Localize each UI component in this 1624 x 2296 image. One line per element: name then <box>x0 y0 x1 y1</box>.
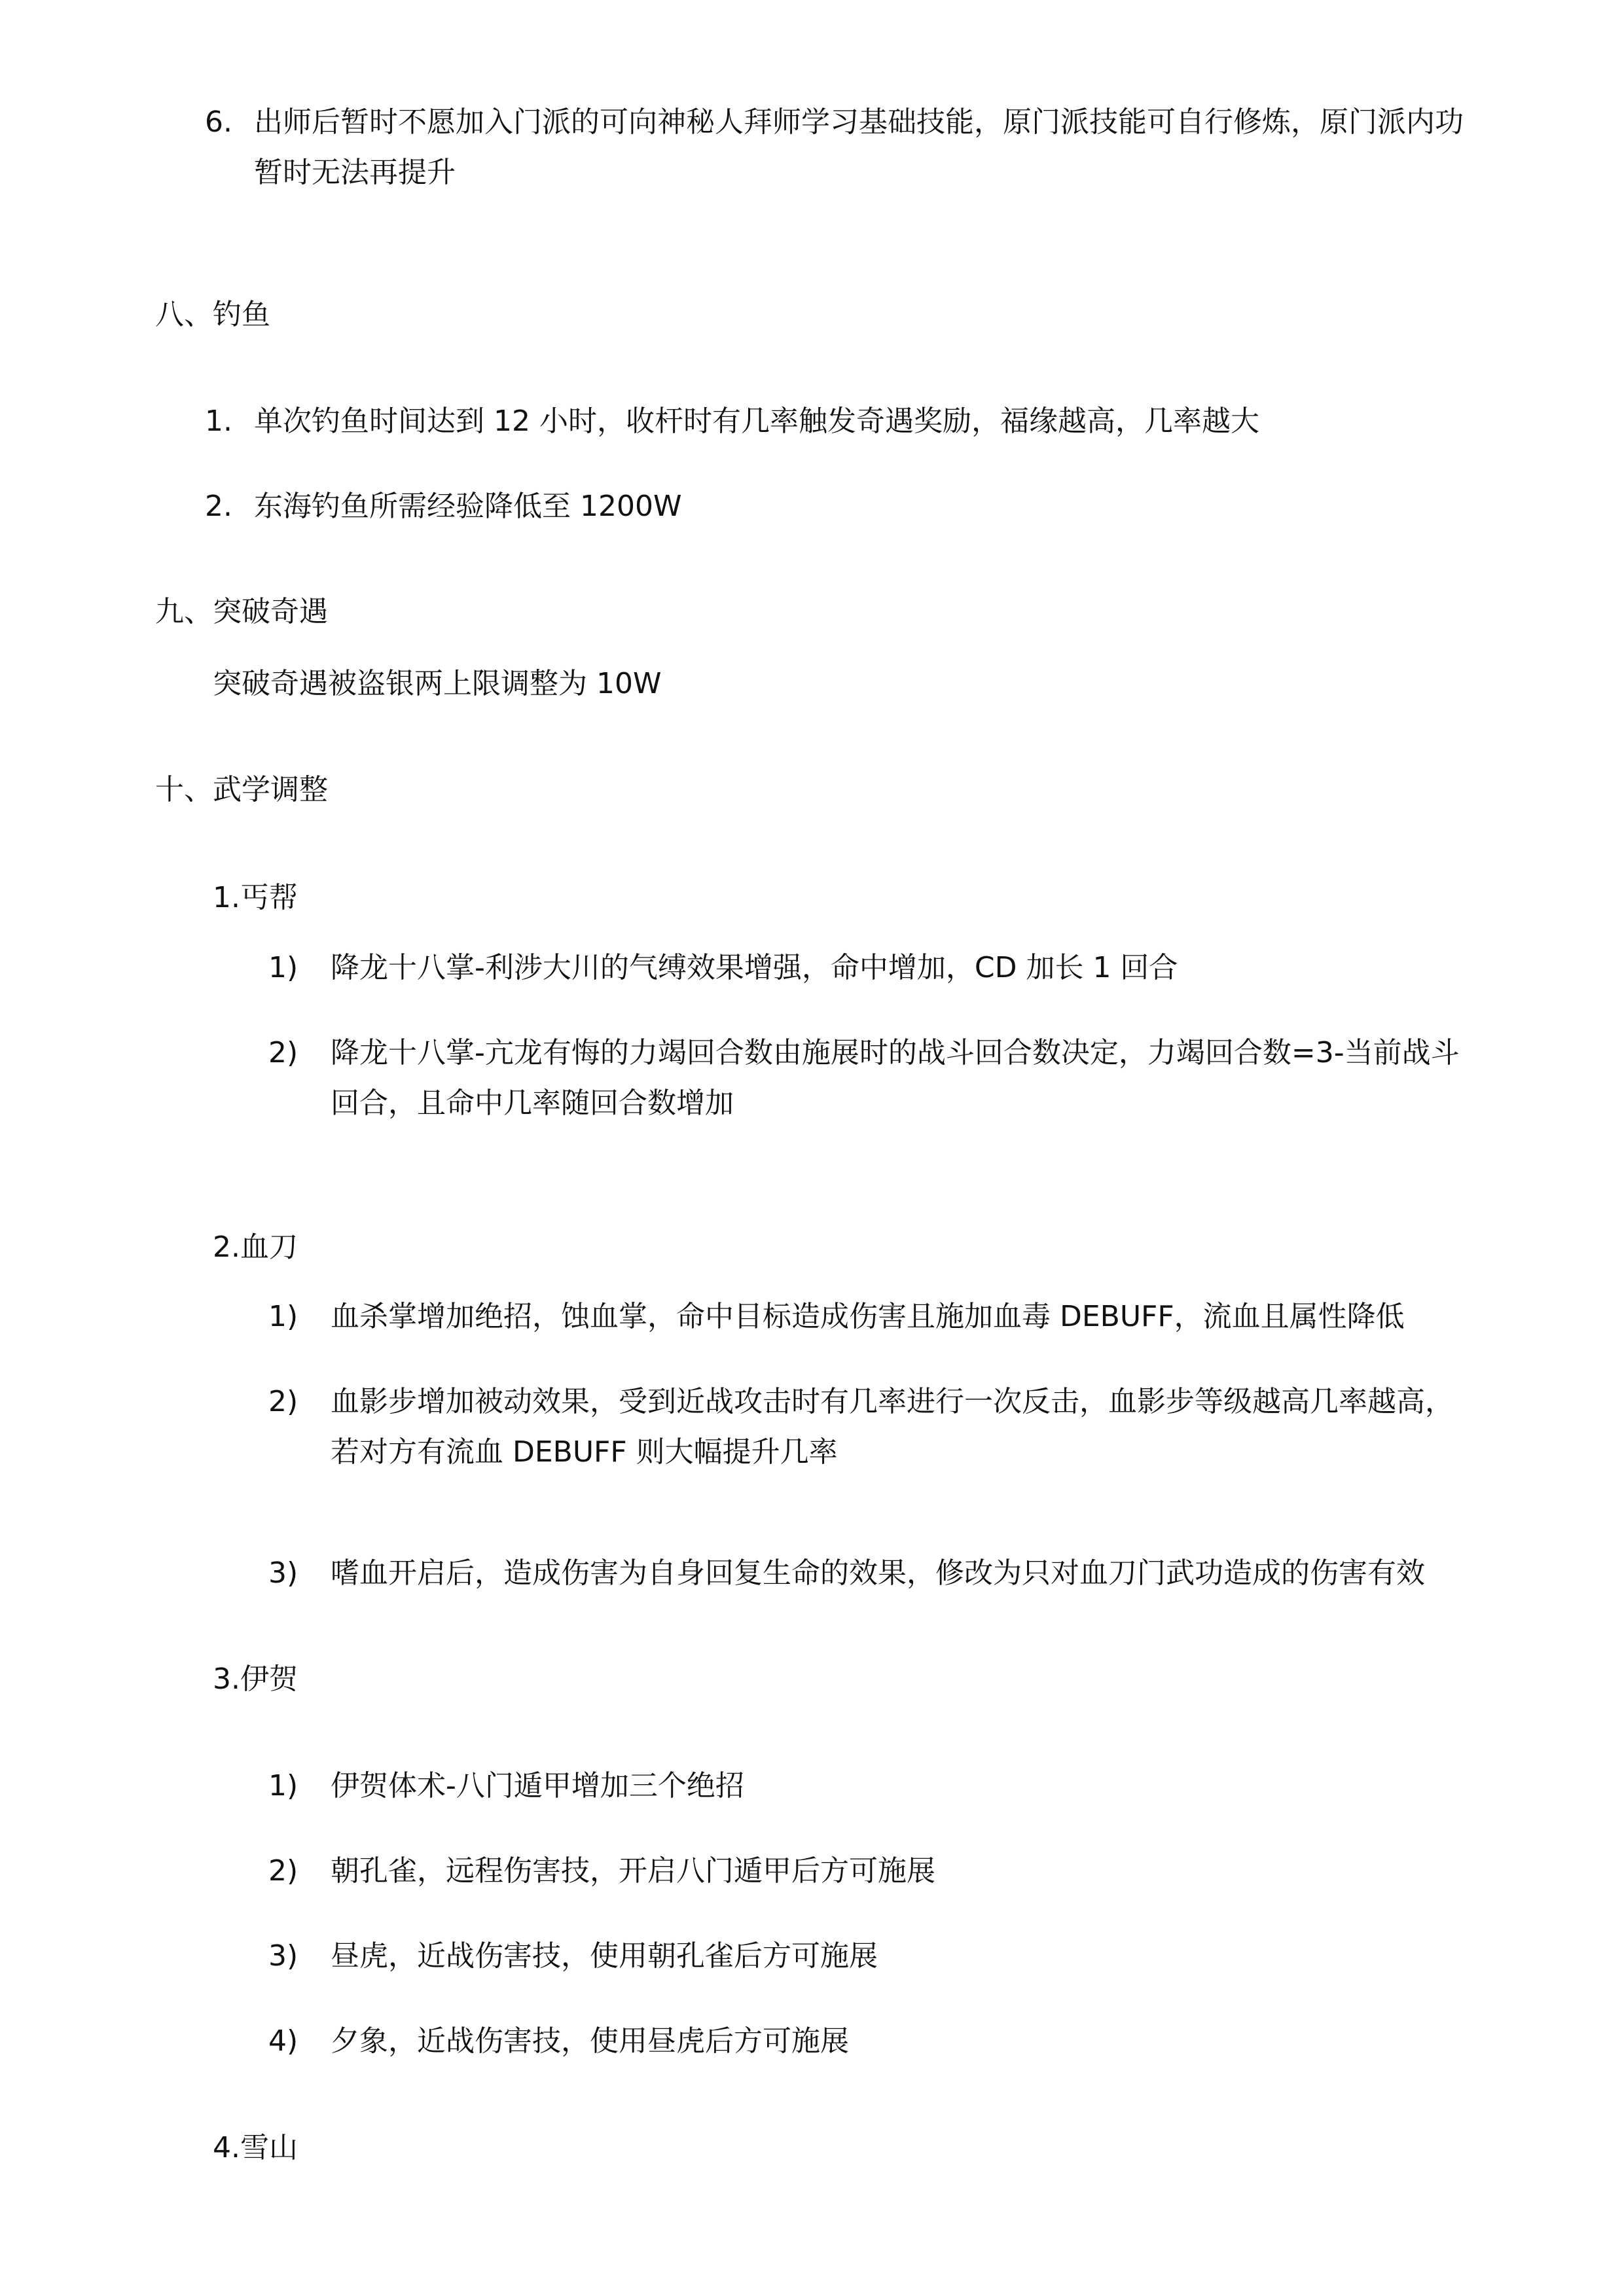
subsection-title-iga: 3.伊贺 <box>213 1657 298 1702</box>
list-text: 嗜血开启后，造成伤害为自身回复生命的效果，修改为只对血刀门武功造成的伤害有效 <box>331 1551 1425 1596</box>
list-number: 6. <box>205 99 232 145</box>
list-text: 血杀掌增加绝招，蚀血掌，命中目标造成伤害且施加血毒 DEBUFF，流血且属性降低 <box>331 1294 1405 1340</box>
list-text-continuation: 回合，且命中几率随回合数增加 <box>331 1081 734 1126</box>
list-number: 2) <box>268 1848 298 1894</box>
list-number: 4) <box>268 2018 298 2064</box>
list-text: 夕象，近战伤害技，使用昼虎后方可施展 <box>331 2018 849 2064</box>
list-text: 昼虎，近战伤害技，使用朝孔雀后方可施展 <box>331 1933 878 1979</box>
list-number: 2) <box>268 1030 298 1076</box>
document-page: 6. 出师后暂时不愿加入门派的可向神秘人拜师学习基础技能，原门派技能可自行修炼，… <box>0 0 1624 2296</box>
subsection-title-beggar-sect: 1.丐帮 <box>213 875 298 921</box>
list-number: 3) <box>268 1551 298 1596</box>
section-heading-fishing: 八、钓鱼 <box>155 292 270 338</box>
subsection-title-snow-mountain: 4.雪山 <box>213 2125 298 2171</box>
list-text: 出师后暂时不愿加入门派的可向神秘人拜师学习基础技能，原门派技能可自行修炼，原门派… <box>254 99 1464 145</box>
list-text: 血影步增加被动效果，受到近战攻击时有几率进行一次反击，血影步等级越高几率越高， <box>331 1379 1454 1425</box>
list-number: 1) <box>268 1294 298 1340</box>
list-number: 1) <box>268 1763 298 1809</box>
list-text: 朝孔雀，远程伤害技，开启八门遁甲后方可施展 <box>331 1848 935 1894</box>
list-text: 降龙十八掌-利涉大川的气缚效果增强，命中增加，CD 加长 1 回合 <box>331 945 1178 991</box>
list-number: 3) <box>268 1933 298 1979</box>
section-paragraph: 突破奇遇被盗银两上限调整为 10W <box>213 661 661 707</box>
list-text: 东海钓鱼所需经验降低至 1200W <box>254 484 681 529</box>
section-heading-breakthrough: 九、突破奇遇 <box>155 589 328 635</box>
list-text-continuation: 若对方有流血 DEBUFF 则大幅提升几率 <box>331 1429 838 1475</box>
list-number: 2) <box>268 1379 298 1425</box>
list-number: 1) <box>268 945 298 991</box>
list-text: 降龙十八掌-亢龙有悔的力竭回合数由施展时的战斗回合数决定，力竭回合数=3-当前战… <box>331 1030 1460 1076</box>
section-heading-martial-arts: 十、武学调整 <box>155 767 328 813</box>
list-number: 1. <box>205 399 232 444</box>
list-number: 2. <box>205 484 232 529</box>
subsection-title-blood-blade: 2.血刀 <box>213 1225 298 1270</box>
list-text: 单次钓鱼时间达到 12 小时，收杆时有几率触发奇遇奖励，福缘越高，几率越大 <box>254 399 1259 444</box>
list-text: 伊贺体术-八门遁甲增加三个绝招 <box>331 1763 744 1809</box>
list-text-continuation: 暂时无法再提升 <box>254 150 456 196</box>
